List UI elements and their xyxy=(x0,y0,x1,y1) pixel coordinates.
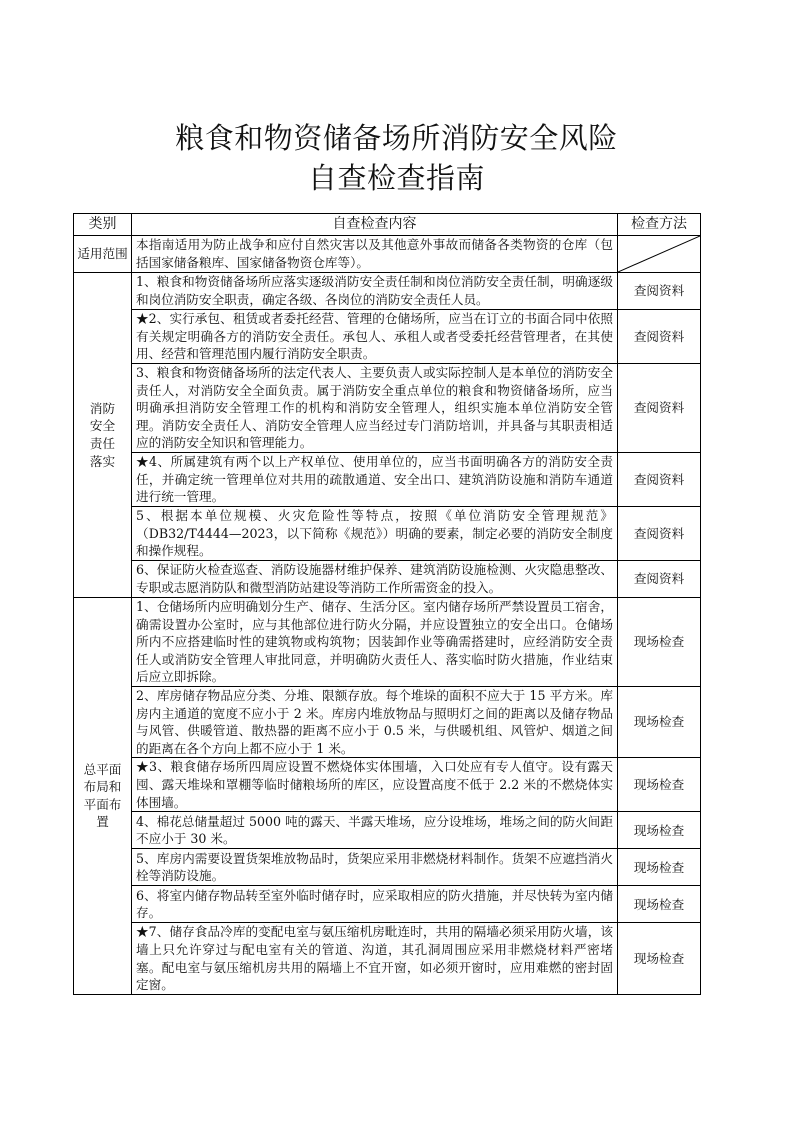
item-method: 现场检查 xyxy=(618,758,701,812)
category-fire-safety-responsibility: 消防安全责任落实 xyxy=(74,273,132,598)
table-header-row: 类别 自查检查内容 检查方法 xyxy=(74,214,701,236)
table-row: ★2、实行承包、租赁或者委托经营、管理的仓储场所，应当在订立的书面合同中依照有关… xyxy=(74,310,701,364)
table-row: 总平面布局和平面布置 1、仓储场所内应明确划分生产、储存、生活分区。室内储存场所… xyxy=(74,598,701,687)
item-method: 查阅资料 xyxy=(618,310,701,364)
self-inspection-table: 类别 自查检查内容 检查方法 适用范围 本指南适用为防止战争和应付自然灾害以及其… xyxy=(73,213,701,995)
item-content: 5、库房内需要设置货架堆放物品时，货架应采用非燃烧材料制作。货架不应遮挡消火栓等… xyxy=(132,849,618,886)
item-content: 1、粮食和物资储备场所应落实逐级消防安全责任制和岗位消防安全责任制，明确逐级和岗… xyxy=(132,273,618,310)
table-row: 3、粮食和物资储备场所的法定代表人、主要负责人或实际控制人是本单位的消防安全责任… xyxy=(74,364,701,453)
item-method: 查阅资料 xyxy=(618,364,701,453)
item-method: 查阅资料 xyxy=(618,561,701,598)
document-title-line2: 自查检查指南 xyxy=(0,160,793,196)
item-content: ★4、所属建筑有两个以上产权单位、使用单位的，应当书面明确各方的消防安全责任，并… xyxy=(132,453,618,507)
item-content: ★7、储存食品冷库的变配电室与氨压缩机房毗连时，共用的隔墙必须采用防火墙，该墙上… xyxy=(132,923,618,994)
category-layout-arrangement: 总平面布局和平面布置 xyxy=(74,598,132,995)
item-content: 6、将室内储存物品转至室外临时储存时，应采取相应的防火措施，并尽快转为室内储存。 xyxy=(132,886,618,923)
table-row: ★4、所属建筑有两个以上产权单位、使用单位的，应当书面明确各方的消防安全责任，并… xyxy=(74,453,701,507)
table-row: ★3、粮食储存场所四周应设置不燃烧体实体围墙，入口处应有专人值守。设有露天囤、露… xyxy=(74,758,701,812)
item-method: 现场检查 xyxy=(618,849,701,886)
table-row: 2、库房储存物品应分类、分堆、限额存放。每个堆垛的面积不应大于 15 平方米。库… xyxy=(74,687,701,758)
header-content: 自查检查内容 xyxy=(132,214,618,236)
item-content: 1、仓储场所内应明确划分生产、储存、生活分区。室内储存场所严禁设置员工宿舍，确需… xyxy=(132,598,618,687)
table-row: 5、库房内需要设置货架堆放物品时，货架应采用非燃烧材料制作。货架不应遮挡消火栓等… xyxy=(74,849,701,886)
item-content: 4、棉花总储量超过 5000 吨的露天、半露天堆场，应分设堆场，堆场之间的防火间… xyxy=(132,812,618,849)
table-row: 6、保证防火检查巡查、消防设施器材维护保养、建筑消防设施检测、火灾隐患整改、专职… xyxy=(74,561,701,598)
item-method: 现场检查 xyxy=(618,812,701,849)
item-content: 5、根据本单位规模、火灾危险性等特点，按照《单位消防安全管理规范》（DB32/T… xyxy=(132,507,618,561)
item-content: 3、粮食和物资储备场所的法定代表人、主要负责人或实际控制人是本单位的消防安全责任… xyxy=(132,364,618,453)
table-row: 消防安全责任落实 1、粮食和物资储备场所应落实逐级消防安全责任制和岗位消防安全责… xyxy=(74,273,701,310)
item-method: 查阅资料 xyxy=(618,273,701,310)
table-row: ★7、储存食品冷库的变配电室与氨压缩机房毗连时，共用的隔墙必须采用防火墙，该墙上… xyxy=(74,923,701,994)
scope-content: 本指南适用为防止战争和应付自然灾害以及其他意外事故而储备各类物资的仓库（包括国家… xyxy=(132,236,618,273)
item-content: 2、库房储存物品应分类、分堆、限额存放。每个堆垛的面积不应大于 15 平方米。库… xyxy=(132,687,618,758)
category-scope: 适用范围 xyxy=(74,236,132,273)
table-row: 6、将室内储存物品转至室外临时储存时，应采取相应的防火措施，并尽快转为室内储存。… xyxy=(74,886,701,923)
item-method: 查阅资料 xyxy=(618,453,701,507)
diagonal-slash-icon xyxy=(618,236,700,272)
item-method: 查阅资料 xyxy=(618,507,701,561)
document-title-line1: 粮食和物资储备场所消防安全风险 xyxy=(0,120,793,156)
header-category: 类别 xyxy=(74,214,132,236)
item-method: 现场检查 xyxy=(618,598,701,687)
header-method: 检查方法 xyxy=(618,214,701,236)
item-content: ★3、粮食储存场所四周应设置不燃烧体实体围墙，入口处应有专人值守。设有露天囤、露… xyxy=(132,758,618,812)
method-not-applicable xyxy=(618,236,701,273)
item-method: 现场检查 xyxy=(618,687,701,758)
table-row: 4、棉花总储量超过 5000 吨的露天、半露天堆场，应分设堆场，堆场之间的防火间… xyxy=(74,812,701,849)
item-method: 现场检查 xyxy=(618,923,701,994)
item-content: ★2、实行承包、租赁或者委托经营、管理的仓储场所，应当在订立的书面合同中依照有关… xyxy=(132,310,618,364)
item-method: 现场检查 xyxy=(618,886,701,923)
table-row-scope: 适用范围 本指南适用为防止战争和应付自然灾害以及其他意外事故而储备各类物资的仓库… xyxy=(74,236,701,273)
table-row: 5、根据本单位规模、火灾危险性等特点，按照《单位消防安全管理规范》（DB32/T… xyxy=(74,507,701,561)
item-content: 6、保证防火检查巡查、消防设施器材维护保养、建筑消防设施检测、火灾隐患整改、专职… xyxy=(132,561,618,598)
